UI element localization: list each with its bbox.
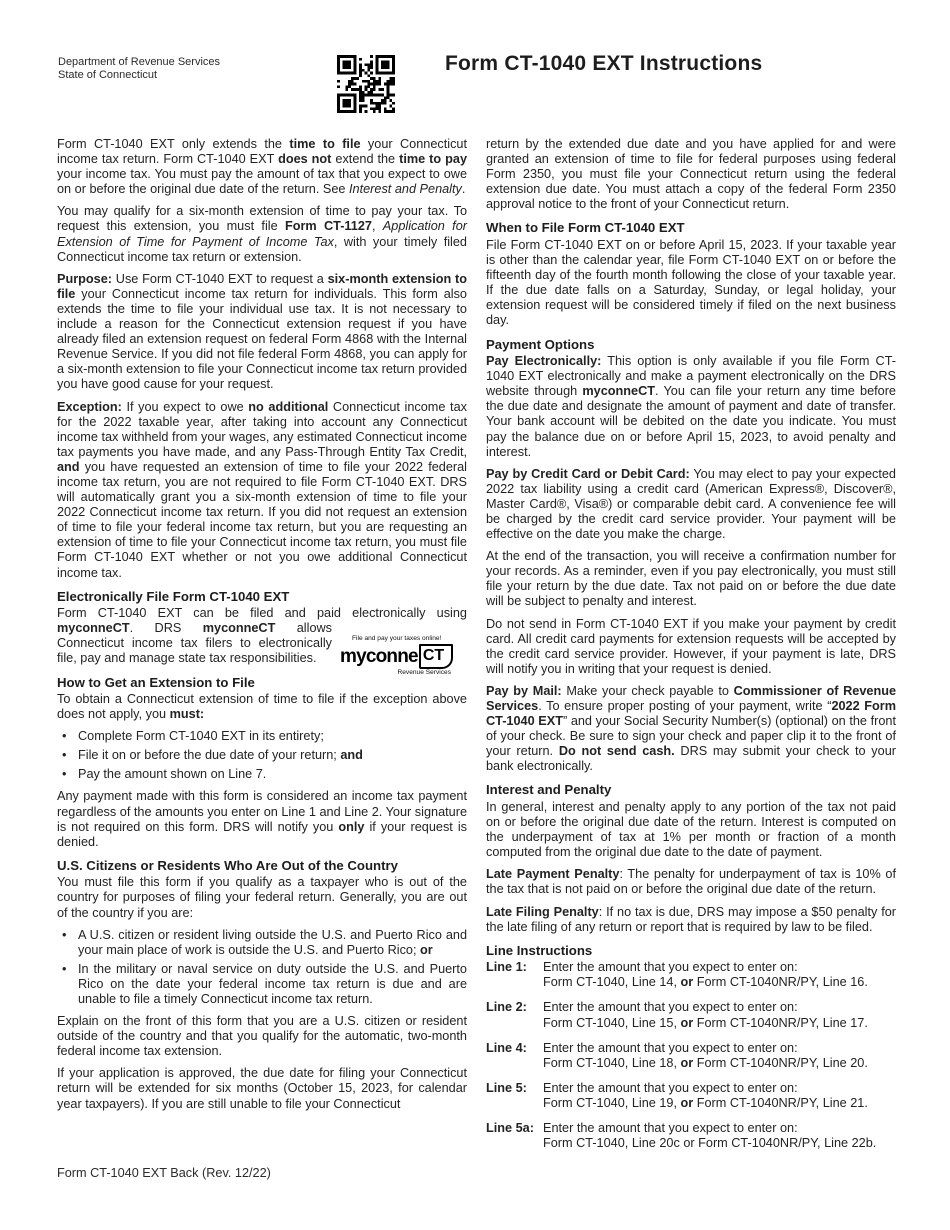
section-heading: When to File Form CT-1040 EXT bbox=[486, 220, 896, 236]
line-instruction: Line 4:Enter the amount that you expect … bbox=[486, 1041, 896, 1071]
line-label: Line 5a: bbox=[486, 1121, 543, 1151]
section-heading: Line Instructions bbox=[486, 943, 896, 959]
section-heading: Payment Options bbox=[486, 337, 896, 353]
bullet-text: Complete Form CT-1040 EXT in its entiret… bbox=[78, 729, 467, 744]
bullet-item: •File it on or before the due date of yo… bbox=[57, 748, 467, 763]
bullet-marker: • bbox=[57, 767, 78, 782]
line-label: Line 4: bbox=[486, 1041, 543, 1071]
line-instructions-list: Line 1:Enter the amount that you expect … bbox=[486, 960, 896, 1151]
bullet-item: •Complete Form CT-1040 EXT in its entire… bbox=[57, 729, 467, 744]
line-text: Enter the amount that you expect to ente… bbox=[543, 1000, 896, 1030]
paragraph: Late Payment Penalty: The penalty for un… bbox=[486, 867, 896, 897]
agency-line1: Department of Revenue Services bbox=[58, 56, 220, 69]
paragraph: In general, interest and penalty apply t… bbox=[486, 800, 896, 860]
line-instruction: Line 5a:Enter the amount that you expect… bbox=[486, 1121, 896, 1151]
two-column-body: Form CT-1040 EXT only extends the time t… bbox=[57, 137, 896, 1161]
line-text: Enter the amount that you expect to ente… bbox=[543, 1121, 896, 1151]
bullet-marker: • bbox=[57, 729, 78, 744]
line-label: Line 1: bbox=[486, 960, 543, 990]
section-heading: Electronically File Form CT-1040 EXT bbox=[57, 589, 467, 605]
section-heading: Interest and Penalty bbox=[486, 782, 896, 798]
paragraph: return by the extended due date and you … bbox=[486, 137, 896, 212]
paragraph: Pay Electronically: This option is only … bbox=[486, 354, 896, 460]
right-column: return by the extended due date and you … bbox=[486, 137, 896, 1161]
paragraph: Any payment made with this form is consi… bbox=[57, 789, 467, 849]
left-column: Form CT-1040 EXT only extends the time t… bbox=[57, 137, 467, 1161]
line-label: Line 5: bbox=[486, 1081, 543, 1111]
paragraph: You must file this form if you qualify a… bbox=[57, 875, 467, 920]
paragraph: Purpose: Use Form CT-1040 EXT to request… bbox=[57, 272, 467, 393]
bullet-marker: • bbox=[57, 748, 78, 763]
paragraph: Pay by Credit Card or Debit Card: You ma… bbox=[486, 467, 896, 542]
logo-wordmark: myconneCT bbox=[340, 644, 467, 669]
myconnect-logo: File and pay your taxes online! myconneC… bbox=[340, 636, 467, 676]
bullet-list: •Complete Form CT-1040 EXT in its entire… bbox=[57, 729, 467, 782]
qr-code bbox=[337, 55, 395, 113]
bullet-item: •In the military or naval service on dut… bbox=[57, 962, 467, 1007]
paragraph: Do not send in Form CT-1040 EXT if you m… bbox=[486, 617, 896, 677]
paragraph: Late Filing Penalty: If no tax is due, D… bbox=[486, 905, 896, 935]
bullet-marker: • bbox=[57, 962, 78, 1007]
bullet-list: •A U.S. citizen or resident living outsi… bbox=[57, 928, 467, 1007]
bullet-item: •Pay the amount shown on Line 7. bbox=[57, 767, 467, 782]
line-instruction: Line 5:Enter the amount that you expect … bbox=[486, 1081, 896, 1111]
paragraph: File Form CT-1040 EXT on or before April… bbox=[486, 238, 896, 329]
section-heading: U.S. Citizens or Residents Who Are Out o… bbox=[57, 858, 467, 874]
line-text: Enter the amount that you expect to ente… bbox=[543, 1041, 896, 1071]
page-header: Department of Revenue Services State of … bbox=[57, 55, 895, 137]
line-instruction: Line 2:Enter the amount that you expect … bbox=[486, 1000, 896, 1030]
bullet-text: Pay the amount shown on Line 7. bbox=[78, 767, 467, 782]
agency-name: Department of Revenue Services State of … bbox=[58, 56, 220, 82]
paragraph: Pay by Mail: Make your check payable to … bbox=[486, 684, 896, 775]
logo-tagline: File and pay your taxes online! bbox=[352, 636, 467, 643]
document-page: Department of Revenue Services State of … bbox=[0, 0, 950, 1230]
bullet-text: A U.S. citizen or resident living outsid… bbox=[78, 928, 467, 958]
bullet-item: •A U.S. citizen or resident living outsi… bbox=[57, 928, 467, 958]
bullet-text: File it on or before the due date of you… bbox=[78, 748, 467, 763]
paragraph: At the end of the transaction, you will … bbox=[486, 549, 896, 609]
paragraph: To obtain a Connecticut extension of tim… bbox=[57, 692, 467, 722]
line-text: Enter the amount that you expect to ente… bbox=[543, 1081, 896, 1111]
line-text: Enter the amount that you expect to ente… bbox=[543, 960, 896, 990]
qr-code-icon bbox=[337, 55, 395, 113]
paragraph: Form CT-1040 EXT only extends the time t… bbox=[57, 137, 467, 197]
line-label: Line 2: bbox=[486, 1000, 543, 1030]
paragraph: Exception: If you expect to owe no addit… bbox=[57, 400, 467, 581]
paragraph: Explain on the front of this form that y… bbox=[57, 1014, 467, 1059]
connecticut-state-outline-icon: CT bbox=[419, 644, 453, 669]
logo-subtitle: Revenue Services bbox=[397, 670, 451, 677]
logo-name: myconne bbox=[340, 647, 418, 666]
line-instruction: Line 1:Enter the amount that you expect … bbox=[486, 960, 896, 990]
paragraph: Form CT-1040 EXT can be filed and paid e… bbox=[57, 606, 467, 666]
paragraph: You may qualify for a six-month extensio… bbox=[57, 204, 467, 264]
paragraph: If your application is approved, the due… bbox=[57, 1066, 467, 1111]
page-title: Form CT-1040 EXT Instructions bbox=[445, 52, 762, 76]
bullet-marker: • bbox=[57, 928, 78, 958]
form-revision-footer: Form CT-1040 EXT Back (Rev. 12/22) bbox=[57, 1166, 271, 1180]
bullet-text: In the military or naval service on duty… bbox=[78, 962, 467, 1007]
agency-line2: State of Connecticut bbox=[58, 69, 220, 82]
section-heading: How to Get an Extension to File bbox=[57, 675, 467, 691]
